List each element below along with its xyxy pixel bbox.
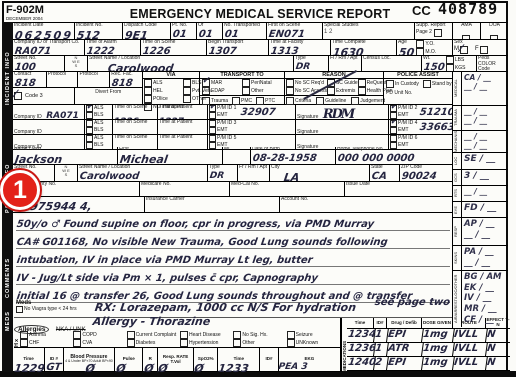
codes-column: MEDICALCA / __ __ / __ TRAUMA__ / __ __ … (452, 72, 508, 318)
checkbox (351, 97, 359, 105)
cc-label: CC (412, 3, 431, 18)
field-pt-apt: Fr / Rm / Apt (238, 165, 270, 181)
field-medcal: Med-Cal No. (230, 182, 345, 196)
compass-icon: N W E S (65, 56, 88, 71)
vitals-time2: 1233 (217, 362, 261, 377)
transport-checkbox-item: PMC (232, 97, 252, 105)
med-effect: N (486, 329, 512, 342)
checkbox (202, 97, 210, 105)
field-time-complete: Time Complete1630 (331, 40, 397, 55)
reason-checkbox-item: Extremis (327, 87, 358, 95)
field-of: Of01 (197, 23, 223, 39)
checkbox (144, 87, 152, 95)
wt-lbs-checkbox (446, 56, 454, 64)
transport-checkbox-item: ✓ MAR (202, 79, 242, 87)
pm-checkbox: ✓ (390, 105, 397, 112)
med-dose: 1mg (422, 357, 455, 370)
crew-pm-id-b: ✓P/M ID 4 EMT 33663 (389, 120, 452, 134)
codes-mechanism: MECHANISM__ / __ __ / __ (453, 131, 508, 153)
codes-rts: RTS__ / __ (453, 186, 508, 202)
pd-unit-no-label: PD Unit No. (384, 89, 452, 99)
checkbox (256, 97, 264, 105)
hx-row: Hx Asthma COPD Current Complaint (14, 331, 340, 348)
code3-checkbox: ∕ (14, 92, 22, 100)
als-checkbox (86, 135, 93, 142)
police-assist-group: POLICE ASSIST In Custody Stand by PD Uni… (384, 72, 452, 104)
codes-resp: RESPAP / __ __ / __ (453, 218, 508, 246)
field-incident-date: Incident Date062509 (13, 23, 75, 39)
med-dose: 1mg (422, 329, 455, 342)
vitals-id: GT (45, 362, 65, 377)
hx-checkbox-item: CVA (73, 339, 126, 347)
transport-checkbox-item: PTC (256, 97, 275, 105)
transport-checkbox-item: Trauma (202, 97, 228, 105)
med-route: IVLL (453, 357, 488, 370)
hx-checkbox-item: CHF (20, 339, 73, 347)
page-title: EMERGENCY MEDICAL SERVICE REPORT (110, 5, 410, 23)
field-zip: ZIP Code90024 (400, 165, 452, 181)
field-weight: Wt.150 LBS KGS (422, 56, 477, 71)
sidebar-incident-info: INCIDENT INFO (2, 22, 13, 105)
checkbox (287, 339, 295, 347)
narrative-line: intubation, IV in place via PMD Murray L… (16, 249, 450, 267)
compass-icon: N W E S (55, 165, 78, 181)
sidebar-comments: COMMENTS (2, 213, 13, 298)
crew-row: Company ID RA071 ✓ALS BLS Time on Scene1… (13, 105, 452, 120)
field-mi: MI (223, 147, 251, 164)
med-effect: N (486, 357, 512, 370)
field-last-name: Name / LastJackson (13, 147, 118, 164)
vitals-value-row: 1229 GT Ø Ø Ø Ø Ø 1233 PEA 3 (13, 372, 340, 377)
field-special-studies: Special Studies1 2 (323, 23, 415, 39)
med-drug: EPI (387, 357, 424, 370)
narrative-section: 50y/o ♂ Found supine on floor, cpr in pr… (16, 213, 450, 303)
via-group: VIA ALS BLS HEL (143, 72, 200, 104)
incident-row-2: Company ID or Transport Co.RA071 Time of… (13, 40, 508, 56)
sex-f-checkbox (480, 46, 488, 54)
crew-pm-id-b: ✓P/M ID 2 EMT 51210 (389, 105, 452, 119)
field-home-phone: Home Telephone No.000 000 0000 (336, 147, 452, 164)
field-time-of-alarm: Time of Alarm1222 (85, 40, 141, 55)
medication-row: 1236 1 ATR 1mg IVLL N (347, 343, 510, 357)
incident-row-1: Incident Date062509 Incident No.512 Disp… (13, 22, 508, 40)
vitals-time: 1229 (13, 362, 47, 377)
pm-checkbox: ✓ (209, 105, 216, 112)
ids-value-row: 43975944 4, Insurance Carrier Account No… (13, 197, 452, 213)
checkbox (73, 339, 81, 347)
rx-entry: RX: Lorazepam, 1000 cc N/S For hydration (94, 301, 357, 314)
age-mo-checkbox (416, 48, 424, 55)
checkbox (423, 80, 431, 88)
field-city: CityLA (270, 165, 370, 181)
field-no-transported: No. Transported01 (223, 23, 267, 39)
patient-name-row: Name / LastJackson FirstMicheal MI Date … (13, 147, 452, 165)
reason-group: REASON No SC Req'd SC Guide R (285, 72, 384, 104)
field-dispatch-code: Dispatch Code9E1 (123, 23, 171, 39)
med-route: IVLL (453, 343, 488, 356)
transport-checkbox-item: PeriNatal (242, 79, 282, 87)
reason-checkbox-item: Criteria (286, 97, 311, 105)
med-dose: 1mg (422, 343, 455, 356)
field-rec-fac: Rec. Fac.818 (110, 72, 142, 87)
sidebar-meds: MEDS (2, 298, 13, 331)
field-age: Age50 Y.O. M.O. (397, 40, 453, 55)
checkbox (73, 331, 81, 339)
narrative-line: 50y/o ♂ Found supine on floor, cpr in pr… (16, 213, 450, 231)
field-time-on-scene: Time on Scene1226 (141, 40, 207, 55)
checkbox (233, 331, 241, 339)
med-time: 1236 (347, 343, 376, 356)
field-protocol-1: Protocol (47, 72, 79, 87)
field-peds-color: Peds COLOR Code (477, 56, 508, 71)
doa-checkbox (490, 35, 498, 40)
checkbox (232, 97, 240, 105)
sidebar-vitals-strip (2, 331, 13, 372)
police-checkbox-item: In Custody (386, 80, 419, 88)
field-census-loc: Census Loc. (362, 56, 422, 71)
field-state: StateCA (370, 165, 400, 181)
pm-checkbox (390, 135, 397, 142)
transport-checkbox-item: Other (242, 87, 282, 95)
crew-time-at-patient: Time at Patient1227 (158, 105, 208, 119)
field-divert-from: Divert From (75, 88, 142, 104)
hx-checkbox-item: Hypertension (180, 339, 233, 347)
med-time: 1234 (347, 329, 376, 342)
allergy-entry: Allergy - Thorazine (92, 315, 211, 328)
vitals-spo2: Ø (193, 362, 219, 377)
med-time: 1240 (347, 357, 376, 370)
med-h-time: Time (347, 318, 374, 328)
codes-skins: SKINSPA / __ __ / __ (453, 246, 508, 271)
hx-checkbox-item: UNKnown (287, 339, 340, 347)
police-checkbox-item: Stand by (423, 80, 452, 88)
vitals-ekg: PEA 3 (277, 362, 342, 377)
field-first-on-scene: First on SceneEN071 (267, 23, 323, 39)
hx-checkbox-item: Heart Disease (180, 331, 233, 339)
annotation-badge-1: 1 (0, 170, 40, 210)
sex-m-checkbox: ∕ (460, 46, 468, 54)
hx-checkbox-item: Seizure (287, 331, 340, 339)
field-dob: Date of Birth08-28-1958 (251, 147, 336, 164)
form-id: F-902M DECEMBER 2004 (6, 4, 44, 21)
field-pt-type: TypeDR (208, 165, 238, 181)
field-street-no: Street No.100 (13, 56, 65, 71)
hx-checkbox-item: Asthma (20, 331, 73, 339)
codes-loc: LOCSE / __ (453, 153, 508, 170)
codes-gcs: GCS3 / __ (453, 170, 508, 186)
crew-als-bls: ALS BLS (85, 120, 113, 134)
checkbox (287, 331, 295, 339)
med-effect: N (486, 343, 512, 356)
reason-checkbox-item: Guideline (316, 97, 346, 105)
field-fl-rm-apt: Fl / Rm / Apt (329, 56, 362, 71)
field-medicare: Medicare No. (140, 182, 230, 196)
field-contact: Contact818 (13, 72, 47, 87)
bls-checkbox (86, 127, 93, 134)
codes-other: AIR/ARREST/LOC/OTHERBG / AM EK / __ IV /… (453, 271, 508, 327)
medication-row: 1240 2 EPI 1mg IVLL N (347, 357, 510, 371)
checkbox (358, 79, 366, 87)
checkbox: ✓ (202, 79, 210, 87)
field-protocol-2: Protocol (78, 72, 110, 87)
form-date: DECEMBER 2004 (6, 16, 44, 21)
checkbox (286, 79, 294, 87)
crew-row: Company ID ALS BLS Time on Scene Time at… (13, 120, 452, 135)
transport-to-group: TRANSPORT TO ✓ MAR PeriNatal E (200, 72, 285, 104)
als-checkbox (86, 120, 93, 127)
checkbox (183, 95, 191, 103)
codes-trauma: TRAUMA__ / __ __ / __ (453, 106, 508, 131)
als-checkbox: ✓ (86, 105, 93, 112)
checkbox (358, 87, 366, 95)
age-yo-checkbox (416, 40, 424, 48)
crew-section: Company ID RA071 ✓ALS BLS Time on Scene1… (13, 105, 452, 150)
checkbox (183, 79, 191, 87)
field-account-no: Account No. (280, 197, 452, 212)
checkbox (127, 339, 135, 347)
pm-checkbox: ✓ (390, 120, 397, 127)
emt-checkbox (390, 127, 397, 134)
reason-checkbox-item: No SC Req'd (286, 79, 327, 87)
field-street-name: Street Name / LocationCarolwood (88, 56, 294, 71)
incident-address-row: Street No.100 N W E S Street Name / Loca… (13, 56, 508, 72)
allergies-row: Allergies NKA / UNK Allergy - Thorazine (14, 318, 340, 331)
checkbox (180, 331, 188, 339)
checkbox (386, 80, 394, 88)
checkbox (144, 95, 152, 103)
checkbox (242, 79, 250, 87)
checkbox (327, 87, 335, 95)
field-first-name: FirstMicheal (118, 147, 223, 164)
crew-time-on-scene: Time on Scene1226 (113, 105, 158, 119)
emt-checkbox (209, 127, 216, 134)
ids-row: Social Security No. Medicare No. Med-Cal… (13, 182, 452, 197)
vitals-id2 (259, 362, 279, 377)
medication-row: 1234 1 EPI 1mg IVLL N (347, 329, 510, 343)
med-h-drug: Drug / Defib (387, 318, 422, 328)
field-insurance-carrier: Insurance Carrier (145, 197, 280, 212)
field-doa: DOA (481, 23, 508, 39)
ems-report-scan: F-902M DECEMBER 2004 LOS ANGELES FIRE DE… (0, 0, 516, 377)
checkbox (20, 331, 28, 339)
reason-checkbox-item: Judgement (351, 97, 385, 105)
ama-checkbox (462, 35, 470, 40)
checkbox (127, 331, 135, 339)
crew-time-at-patient: Time at Patient (158, 120, 208, 134)
crew-company-id: Company ID RA071 (13, 105, 85, 119)
checkbox (316, 97, 324, 105)
field-incident-no: Incident No.512 (75, 23, 123, 39)
med-h-id: ID# (374, 318, 387, 328)
codes-eye: EYEFD / __ (453, 202, 508, 218)
vitals-resp: Ø (157, 362, 195, 377)
via-checkbox-item: ALS (144, 79, 183, 87)
checkbox (183, 87, 191, 95)
pm-checkbox (209, 135, 216, 142)
vitals-bp: Ø (63, 362, 117, 377)
codes-medical: MEDICALCA / __ __ / __ (453, 72, 508, 106)
hx-checkbox-item: No Sig. Hx. (233, 331, 286, 339)
hx-checkbox-item: COPD (73, 331, 126, 339)
field-code3: ∕ Code 3 (13, 88, 75, 104)
field-type: TypeDR (294, 56, 329, 71)
checkbox (144, 79, 152, 87)
no-viagra-checkbox (16, 306, 23, 313)
med-drug: EPI (387, 329, 424, 342)
crew-time-on-scene: Time on Scene (113, 120, 158, 134)
checkbox (202, 87, 210, 95)
report-number: 408789 (438, 0, 498, 18)
field-supp-report: Supp. Report Page 2 (415, 23, 453, 39)
field-time-at-facility: Time at Facility1313 (269, 40, 331, 55)
sidebar-crew-strip (2, 105, 13, 147)
field-sex: Sex M∕ F (453, 40, 508, 55)
form-id-text: F-902M (6, 4, 44, 16)
narrative-line: CA# G01168, No visible New Trauma, Good … (16, 231, 450, 249)
via-checkbox-item: POlice (144, 95, 183, 103)
field-company-id: Company ID or Transport Co.RA071 (13, 40, 85, 55)
emt-checkbox (390, 112, 397, 119)
hx-checkbox-item: Current Complaint (127, 331, 180, 339)
field-pt-street-name: Street Name / LocationCarolwood (78, 165, 208, 181)
field-issue-date: Issue Date (345, 182, 452, 196)
crew-als-bls: ✓ALS BLS (85, 105, 113, 119)
pm-checkbox (209, 120, 216, 127)
supp-report-checkbox (434, 29, 442, 37)
medications-vertical-label: MEDICATIONS (341, 318, 347, 372)
checkbox (286, 97, 294, 105)
emt-checkbox (209, 112, 216, 119)
dispatch-row: Contact818 Protocol Protocol Rec. Fac.81… (13, 72, 452, 105)
bls-checkbox (86, 112, 93, 119)
vitals-pulse: Ø (115, 362, 145, 377)
checkbox (20, 339, 28, 347)
hx-checkbox-item: Diabetes (127, 339, 180, 347)
crew-signature: Signature RDM (296, 105, 389, 119)
checkbox (233, 339, 241, 347)
checkbox (286, 87, 294, 95)
transport-checkbox-item: EDAP (202, 87, 242, 95)
med-route: IVLL (453, 329, 488, 342)
checkbox (180, 339, 188, 347)
crew-company-id: Company ID (13, 120, 85, 134)
med-h-dose: DOSE GIVEN (422, 318, 453, 328)
field-pt-no: Pt. No.01 (171, 23, 197, 39)
checkbox (242, 87, 250, 95)
crew-pm-id-a: P/M ID 3 EMT (208, 120, 296, 134)
crew-pm-id-a: ✓P/M ID 1 EMT 32907 (208, 105, 296, 119)
patient-address-row: Street No. N W E S Street Name / Locatio… (13, 165, 452, 182)
field-begin-transport: Begin Transport1307 (207, 40, 269, 55)
field-ama: AMA (453, 23, 481, 39)
med-drug: ATR (387, 343, 424, 356)
via-checkbox-item: HEL (144, 87, 183, 95)
see-page-two-note: see page two (374, 297, 451, 308)
crew-signature: Signature (296, 120, 389, 134)
meds-row: Meds No Viagra type < 24 hrs RX: Lorazep… (14, 299, 452, 318)
hx-checkbox-item: Other (233, 339, 286, 347)
wt-kgs-checkbox (446, 64, 454, 71)
narrative-line: IV - Jug/Lt side via Pm × 1, pulses c̄ c… (16, 267, 450, 285)
